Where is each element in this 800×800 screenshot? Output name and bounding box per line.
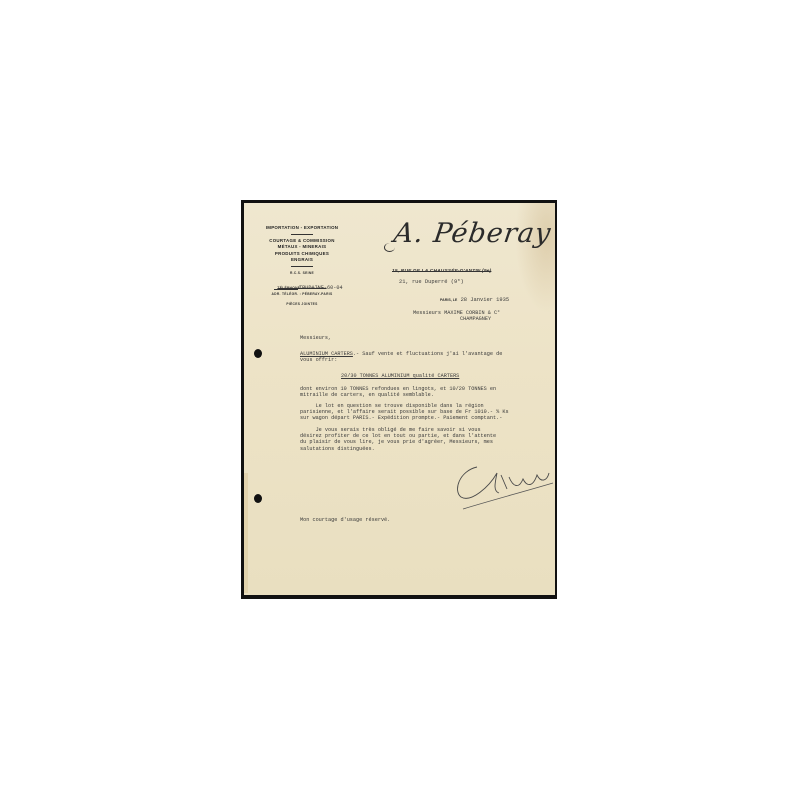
letterhead-services: IMPORTATION - EXPORTATION COURTAGE & COM…: [250, 225, 354, 307]
paragraph-1: ALUMINIUM CARTERS.- Sauf vente et fluctu…: [300, 351, 502, 363]
service-line: MÉTAUX - MINERAIS: [250, 244, 354, 251]
service-line: COURTAGE & COMMISSION: [250, 238, 354, 245]
service-line: ENGRAIS: [250, 257, 354, 264]
service-line: PRODUITS CHIMIQUES: [250, 251, 354, 258]
enclosures-label: PIÈCES JOINTES: [250, 301, 354, 308]
paragraph-text: Je vous serais très obligé de me faire s…: [300, 427, 481, 433]
paragraph-text: Le lot en question se trouve disponible …: [300, 403, 484, 409]
recipient-city: CHAMPAGNEY: [413, 316, 500, 322]
paragraph-4: Je vous serais très obligé de me faire s…: [300, 427, 496, 452]
company-logo: A. Péberay: [392, 218, 553, 249]
company-address: 21, rue Duperré (9*): [399, 279, 464, 285]
telegram-address: ADR. TÉLÉGR. : PÉBERAY-PARIS: [250, 291, 354, 298]
divider: [291, 266, 313, 267]
paragraph-text: sur wagon départ PARIS.- Expédition prom…: [300, 415, 502, 421]
paragraph-text: désirez profiter de ce lot en tout ou pa…: [300, 433, 496, 439]
phone-typed: TRUDAINE 60-04: [299, 285, 343, 291]
letter-page: IMPORTATION - EXPORTATION COURTAGE & COM…: [244, 203, 555, 595]
punch-hole-icon: [254, 349, 262, 358]
letter-date: 28 Janvier 1935: [461, 297, 510, 303]
paragraph-text: .- Sauf vente et fluctuations j'ai l'ava…: [353, 351, 502, 357]
paragraph-text: salutations distinguées.: [300, 446, 375, 452]
service-line: IMPORTATION - EXPORTATION: [250, 225, 354, 232]
paragraph-text: du plaisir de vous lire, je vous prie d'…: [300, 439, 493, 445]
offer-line: 20/30 TONNES ALUMINIUM qualité CARTERS: [341, 373, 459, 379]
dateline: PARIS, LE 28 Janvier 1935: [440, 297, 509, 303]
paragraph-3: Le lot en question se trouve disponible …: [300, 403, 509, 422]
paragraph-text: parisienne, et l'affaire serait possible…: [300, 409, 509, 415]
place-label: PARIS, LE: [440, 298, 457, 302]
divider: [274, 289, 298, 290]
closing-note: Mon courtage d'usage réservé.: [300, 517, 390, 523]
subject-heading: ALUMINIUM CARTERS: [300, 351, 353, 357]
paragraph-text: mitraille de carters, en qualité semblab…: [300, 392, 434, 398]
paragraph-2: dont environ 10 TONNES refondues en ling…: [300, 386, 496, 398]
struck-address: 15, RUE DE LA CHAUSSÉE-D'ANTIN (9e): [392, 269, 491, 274]
signature: [449, 453, 555, 523]
recipient-block: Messieurs MAXIME CORBIN & C° CHAMPAGNEY: [413, 310, 500, 322]
divider: [291, 234, 313, 235]
paper-edge-wear: [244, 473, 248, 593]
paragraph-text: vous offrir:: [300, 357, 337, 363]
salutation: Messieurs,: [300, 335, 331, 341]
punch-hole-icon: [254, 494, 262, 503]
registry-text: R.C.S. SEINE: [250, 270, 354, 277]
paragraph-text: dont environ 10 TONNES refondues en ling…: [300, 386, 496, 392]
